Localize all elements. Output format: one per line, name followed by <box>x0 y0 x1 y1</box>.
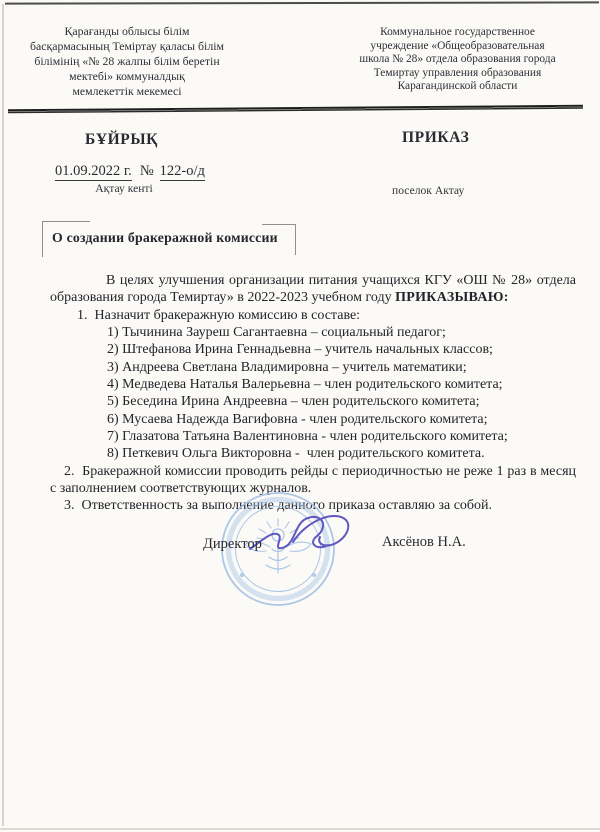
scan-edge-left <box>2 4 4 826</box>
number-sign: № <box>140 163 154 179</box>
commission-members-list: 1) Тычинина Зауреш Сагантаевна – социаль… <box>107 324 576 463</box>
member-line: 1) Тычинина Зауреш Сагантаевна – социаль… <box>107 324 576 341</box>
member-line: 2) Штефанова Ирина Геннадьевна – учитель… <box>107 341 576 358</box>
org-name-kk-line: басқармасының Теміртау қаласы білім <box>18 39 236 54</box>
order-item-1: 1. Назначит бракеражную комиссию в соста… <box>50 307 576 324</box>
member-line: 6) Мусаева Надежда Вагифовна - член роди… <box>107 411 576 428</box>
org-name-kk-line: мектебі» коммуналдық <box>18 69 236 84</box>
director-signature <box>246 505 358 563</box>
org-name-ru-line: Коммунальное государственное <box>325 26 590 40</box>
org-name-kazakh: Қарағанды облысы білім басқармасының Тем… <box>18 24 236 99</box>
place-russian: поселок Актау <box>392 184 464 197</box>
subject-title: О создании бракеражной комиссии <box>52 230 292 246</box>
org-name-ru-line: школа № 28» отдела образования города <box>325 53 590 67</box>
member-line: 4) Медведева Наталья Валерьевна – член р… <box>107 376 576 393</box>
director-label: Директор <box>203 536 262 553</box>
member-line: 8) Петкевич Ольга Викторовна - член роди… <box>107 445 576 462</box>
org-name-ru-line: учреждение «Общеобразовательная <box>325 40 590 54</box>
scan-edge-bottom <box>0 828 600 830</box>
member-line: 7) Глазатова Татьяна Валентиновна - член… <box>107 428 576 445</box>
member-line: 3) Андреева Светлана Владимировна – учит… <box>107 359 576 376</box>
member-line: 5) Беседина Ирина Андреевна – член родит… <box>107 393 576 410</box>
director-name: Аксёнов Н.А. <box>382 534 466 551</box>
scanned-order-document: Қарағанды облысы білім басқармасының Тем… <box>0 0 600 832</box>
order-title-kazakh: БҰЙРЫҚ <box>85 131 158 149</box>
intro-keyword: ПРИКАЗЫВАЮ: <box>395 290 509 305</box>
scan-edge-top <box>5 1 599 4</box>
order-number: 122-о/д <box>160 163 205 181</box>
order-dateline: 01.09.2022 г.№122-о/д <box>55 163 205 180</box>
org-name-ru-line: Карагандинской области <box>325 80 590 94</box>
org-name-russian: Коммунальное государственное учреждение … <box>325 26 590 94</box>
org-name-kk-line: мемлекеттік мекемесі <box>18 84 236 99</box>
order-body: В целях улучшения организации питания уч… <box>36 272 576 515</box>
org-name-kk-line: Қарағанды облысы білім <box>18 24 236 39</box>
org-name-kk-line: білімінің «№ 28 жалпы білім беретін <box>18 54 236 69</box>
intro-paragraph: В целях улучшения организации питания уч… <box>50 272 576 307</box>
letterhead-divider <box>8 105 583 113</box>
org-name-ru-line: Темиртау управления образования <box>325 67 590 81</box>
order-date: 01.09.2022 г. <box>55 163 132 181</box>
subject-frame: О создании бракеражной комиссии <box>42 221 296 258</box>
order-title-russian: ПРИКАЗ <box>402 129 469 147</box>
place-kazakh: Ақтау кенті <box>57 182 191 195</box>
